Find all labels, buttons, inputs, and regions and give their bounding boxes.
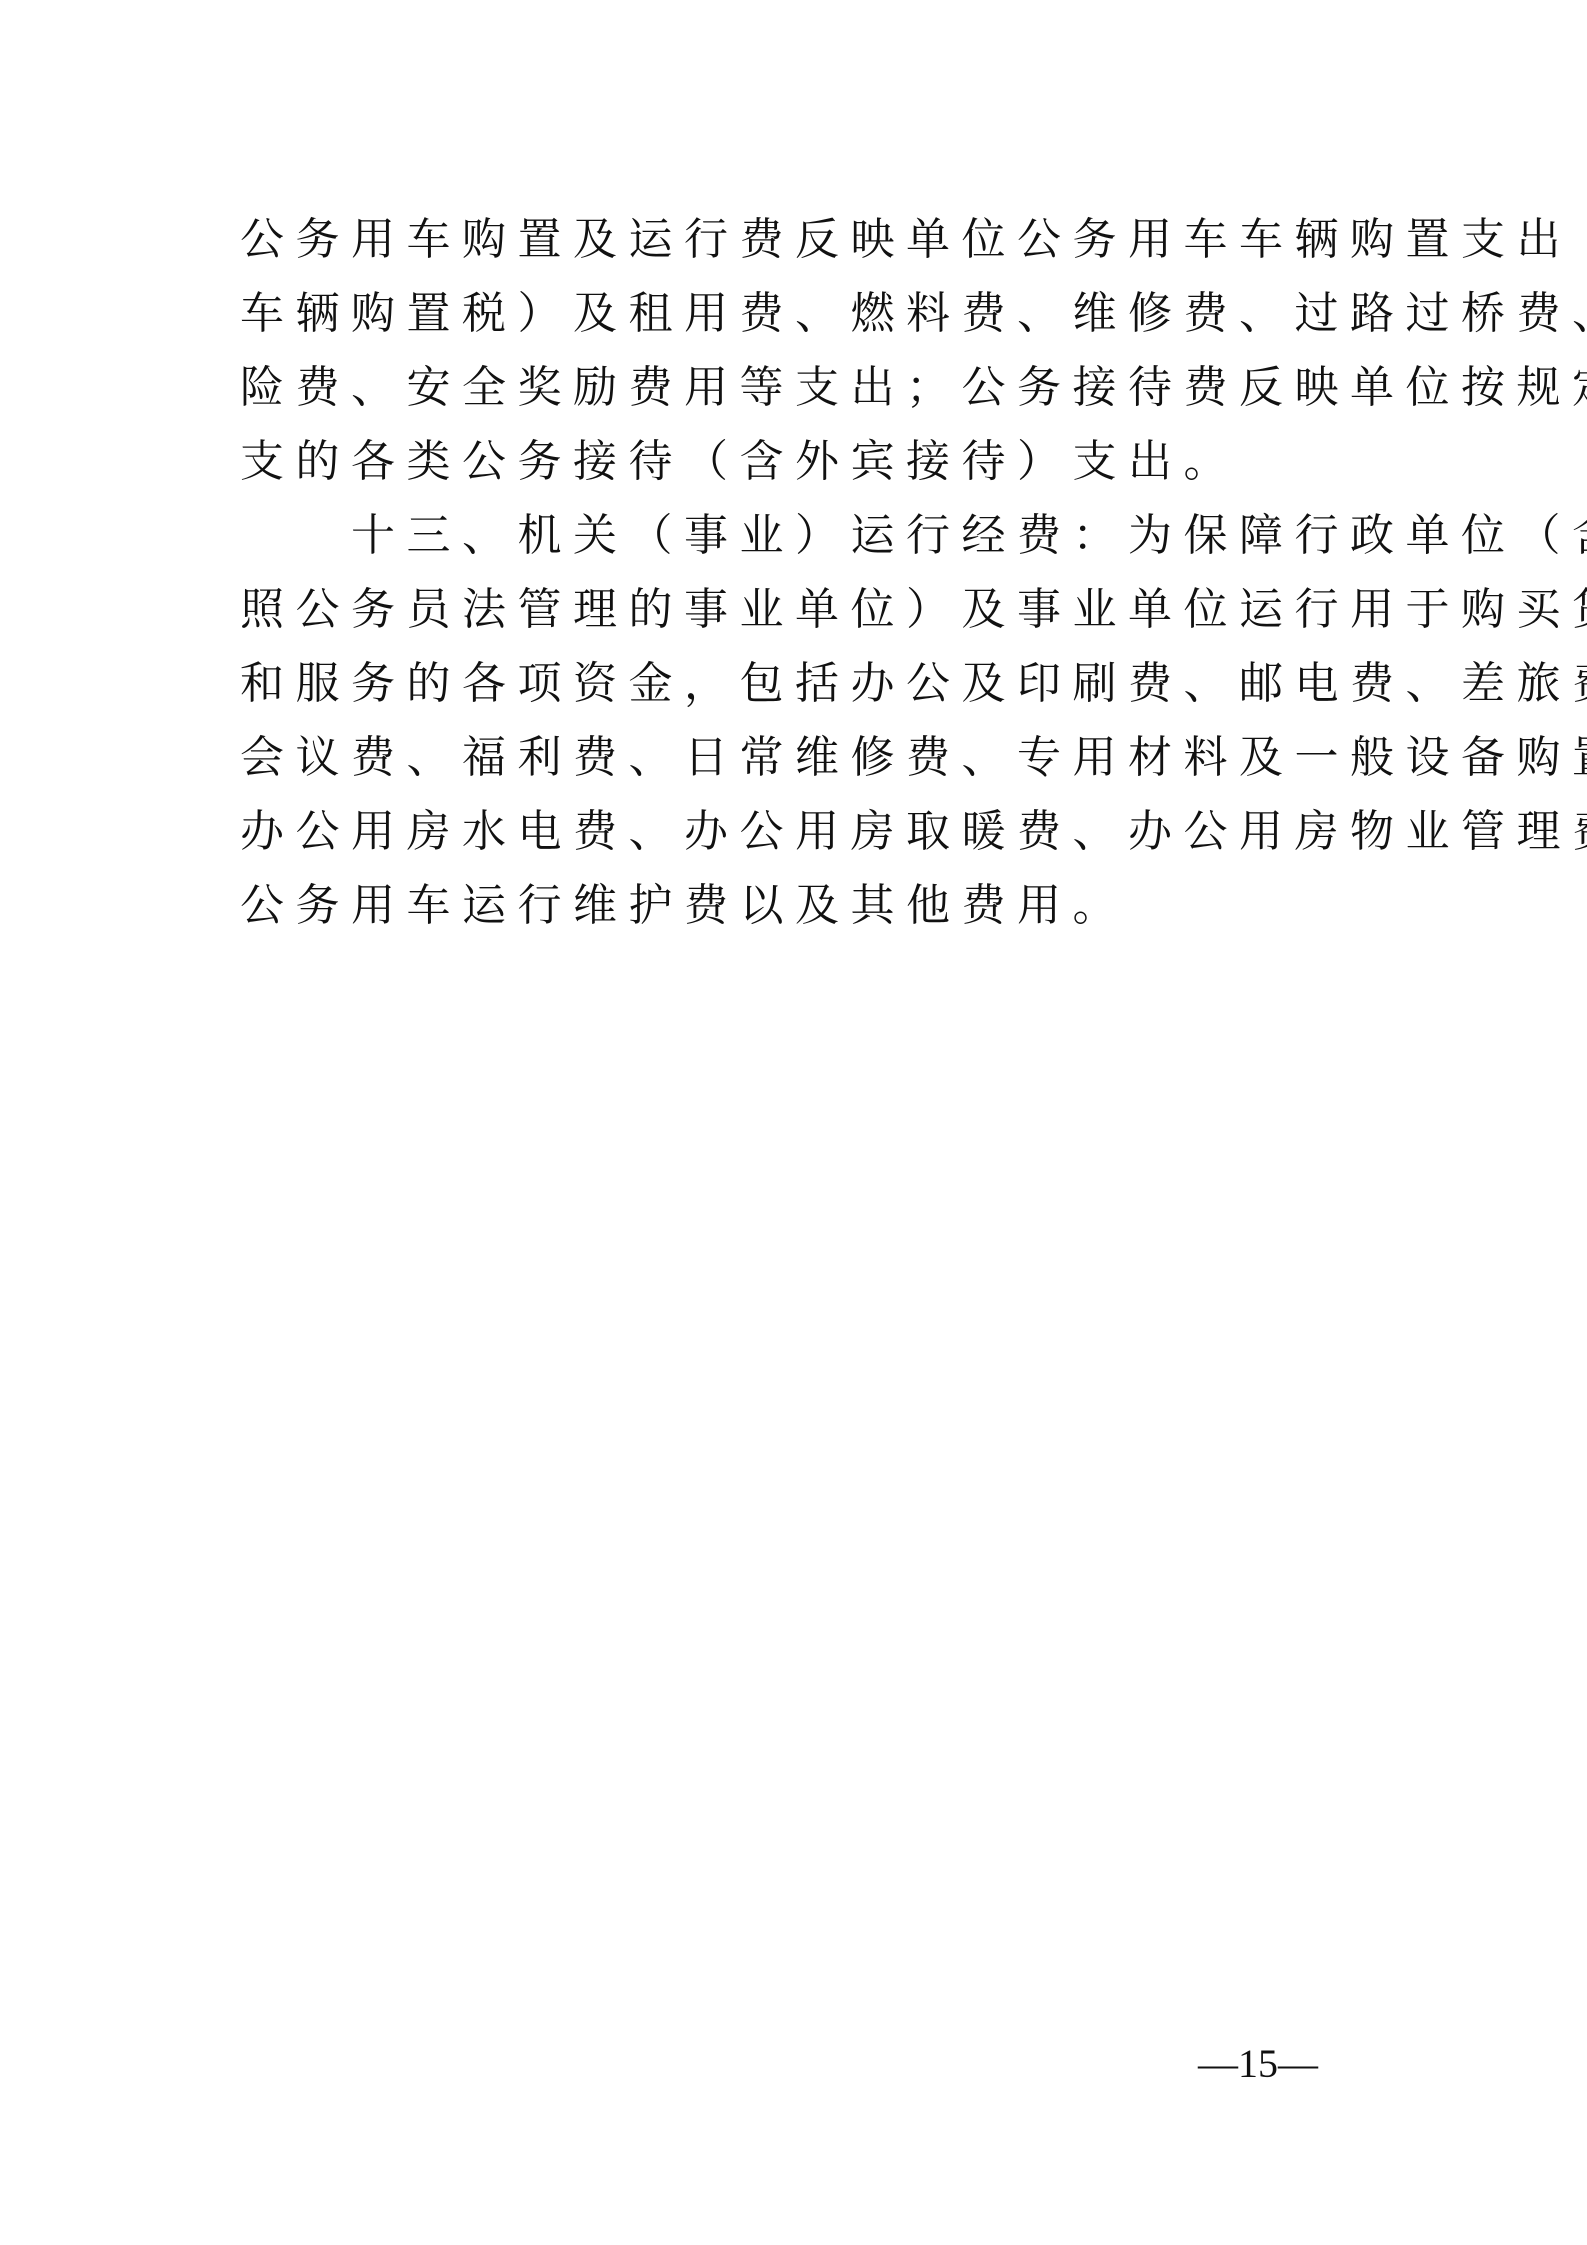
text-line: 会议费、福利费、日常维修费、专用材料及一般设备购置费、: [240, 721, 1360, 795]
text-line: 照公务员法管理的事业单位）及事业单位运行用于购买货物: [240, 573, 1360, 647]
text-line: 支的各类公务接待（含外宾接待）支出。: [240, 425, 1360, 499]
text-line: 车辆购置税）及租用费、燃料费、维修费、过路过桥费、保: [240, 277, 1360, 351]
text-line: 险费、安全奖励费用等支出；公务接待费反映单位按规定开: [240, 351, 1360, 425]
text-line: 和服务的各项资金，包括办公及印刷费、邮电费、差旅费、: [240, 647, 1360, 721]
text-line: 办公用房水电费、办公用房取暖费、办公用房物业管理费、: [240, 795, 1360, 869]
paragraph-vehicle-reception-costs: 公务用车购置及运行费反映单位公务用车车辆购置支出（含 车辆购置税）及租用费、燃料…: [240, 203, 1360, 499]
document-page: 公务用车购置及运行费反映单位公务用车车辆购置支出（含 车辆购置税）及租用费、燃料…: [0, 0, 1587, 2245]
text-line: 十三、机关（事业）运行经费：为保障行政单位（含参: [240, 499, 1360, 573]
body-text: 公务用车购置及运行费反映单位公务用车车辆购置支出（含 车辆购置税）及租用费、燃料…: [240, 203, 1360, 943]
page-number: —15—: [1198, 2040, 1318, 2087]
text-line: 公务用车购置及运行费反映单位公务用车车辆购置支出（含: [240, 203, 1360, 277]
text-line: 公务用车运行维护费以及其他费用。: [240, 869, 1360, 943]
paragraph-operating-expenses: 十三、机关（事业）运行经费：为保障行政单位（含参 照公务员法管理的事业单位）及事…: [240, 499, 1360, 943]
